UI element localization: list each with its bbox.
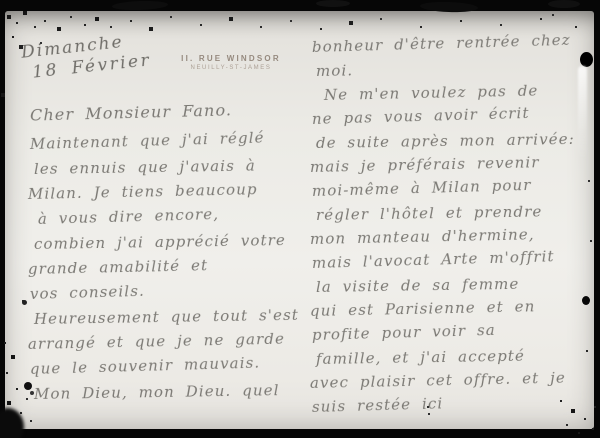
salutation: Cher Monsieur Fano. (30, 100, 233, 124)
letter-paper: Dimanche 18 Février II. RUE WINDSOR NEUI… (5, 11, 594, 429)
film-smudge (548, 0, 580, 8)
handwritten-dateline: Dimanche 18 Février (20, 29, 152, 83)
handwritten-line: Mon Dieu, mon Dieu. quel (34, 381, 298, 410)
film-smudge (316, 0, 350, 7)
handwritten-line: Maintenant que j'ai réglé (30, 128, 299, 160)
handwritten-line: bonheur d'être rentrée chez (312, 30, 593, 62)
letterhead-locality: NEUILLY-ST-JAMES (181, 65, 281, 71)
film-smudge (112, 0, 168, 11)
right-page-text: bonheur d'être rentrée chez moi. Ne m'en… (310, 38, 592, 422)
film-speckles-top (0, 0, 2, 2)
film-speckles-left (0, 0, 2, 2)
left-page-text: Maintenant que j'ai réglé les ennuis que… (28, 135, 298, 410)
film-speckles-right-bottom (0, 0, 2, 2)
letter-photograph: Dimanche 18 Février II. RUE WINDSOR NEUI… (0, 0, 600, 438)
letterhead: II. RUE WINDSOR NEUILLY-ST-JAMES (181, 54, 281, 71)
letterhead-address: II. RUE WINDSOR (181, 54, 281, 63)
